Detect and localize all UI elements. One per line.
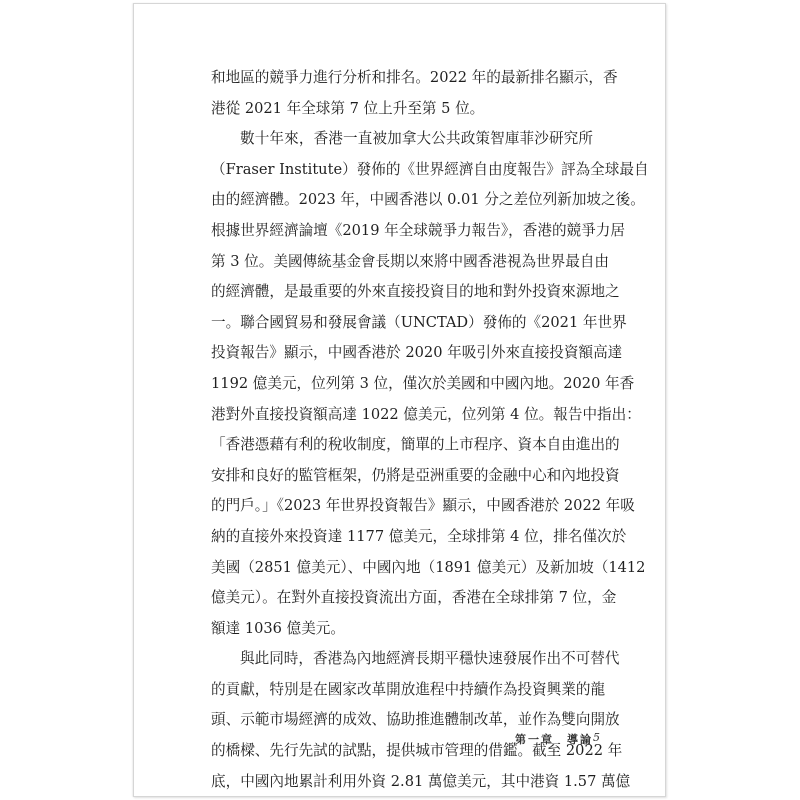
text-line: 美國（2851 億美元）、中國內地（1891 億美元）及新加坡（1412 [211,553,593,584]
text-line: 安排和良好的監管框架，仍將是亞洲重要的金融中心和內地投資 [211,461,593,492]
page-number: 5 [593,731,600,744]
text-line: 的貢獻，特別是在國家改革開放進程中持續作為投資興業的龍 [211,675,593,706]
text-line: 與此同時，香港為內地經濟長期平穩快速發展作出不可替代 [211,644,593,675]
text-line: 底，中國內地累計利用外資 2.81 萬億美元，其中港資 1.57 萬億 [211,767,593,798]
document-page: 和地區的競爭力進行分析和排名。2022 年的最新排名顯示，香 港從 2021 年… [133,3,666,797]
running-head: 第一章 導論 [515,731,593,747]
text-line: 根據世界經濟論壇《2019 年全球競爭力報告》，香港的競爭力居 [211,216,593,247]
text-line: 和地區的競爭力進行分析和排名。2022 年的最新排名顯示，香 [211,63,593,94]
text-line: 由的經濟體。2023 年，中國香港以 0.01 分之差位列新加坡之後。 [211,185,593,216]
text-line: 納的直接外來投資達 1177 億美元，全球排第 4 位，排名僅次於 [211,522,593,553]
text-line: 數十年來，香港一直被加拿大公共政策智庫菲沙研究所 [211,124,593,155]
text-line: 「香港憑藉有利的稅收制度，簡單的上市程序、資本自由進出的 [211,430,593,461]
text-line: 億美元）。在對外直接投資流出方面，香港在全球排第 7 位，金 [211,583,593,614]
text-line: 港對外直接投資額高達 1022 億美元，位列第 4 位。報告中指出： [211,400,593,431]
text-line: 港從 2021 年全球第 7 位上升至第 5 位。 [211,94,593,125]
text-line: 一。聯合國貿易和發展會議（UNCTAD）發佈的《2021 年世界 [211,308,593,339]
text-line: 1192 億美元，位列第 3 位，僅次於美國和中國內地。2020 年香 [211,369,593,400]
text-line: 第 3 位。美國傳統基金會長期以來將中國香港視為世界最自由 [211,247,593,278]
text-line: 的經濟體，是最重要的外來直接投資目的地和對外投資來源地之 [211,277,593,308]
text-line: （Fraser Institute）發佈的《世界經濟自由度報告》評為全球最自 [211,155,593,186]
text-line: 額達 1036 億美元。 [211,614,593,645]
text-line: 的門戶。」《2023 年世界投資報告》顯示，中國香港於 2022 年吸 [211,491,593,522]
text-line: 投資報告》顯示，中國香港於 2020 年吸引外來直接投資額高達 [211,338,593,369]
body-text: 和地區的競爭力進行分析和排名。2022 年的最新排名顯示，香 港從 2021 年… [211,63,593,797]
